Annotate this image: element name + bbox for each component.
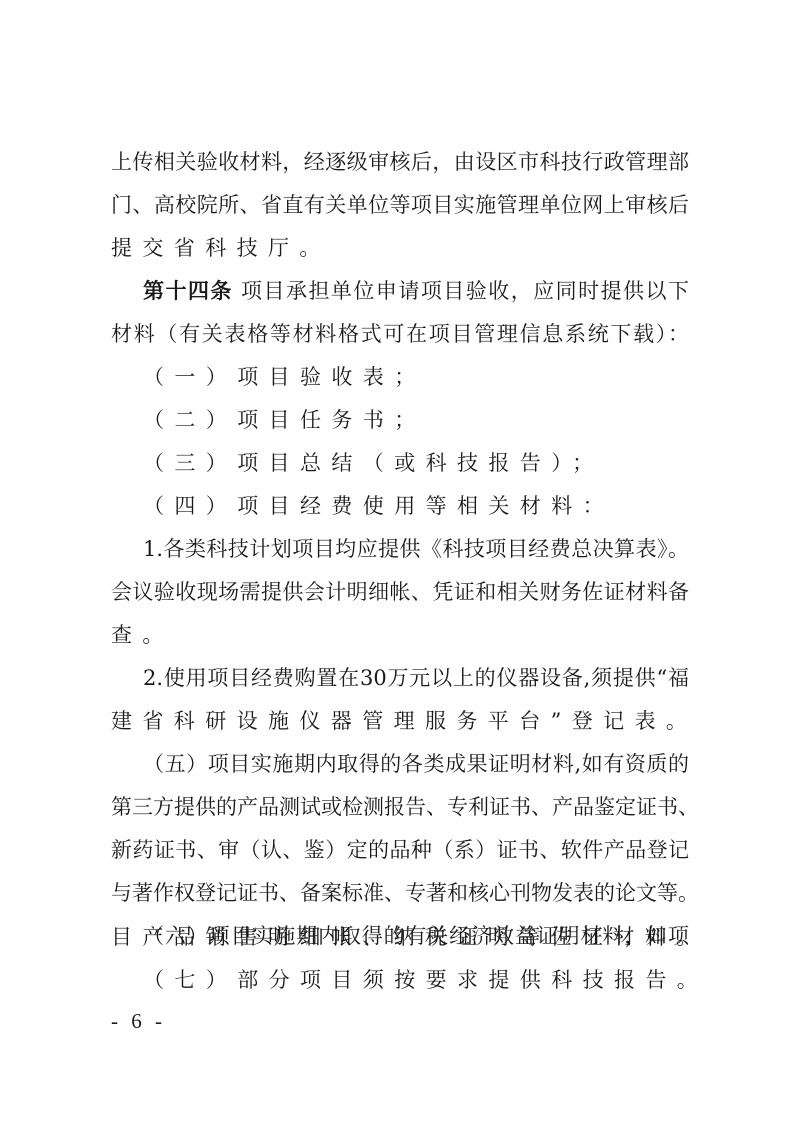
text-line: （三）项目总结（或科技报告）； <box>143 447 689 479</box>
line-text: （三）项目总结（或科技报告）； <box>143 451 604 475</box>
text-line: 门、高校院所、省直有关单位等项目实施管理单位网上审核后 <box>111 189 689 221</box>
line-text: 会议验收现场需提供会计明细帐、凭证和相关财务佐证材料备 <box>111 580 689 604</box>
line-text: 门、高校院所、省直有关单位等项目实施管理单位网上审核后 <box>111 193 689 217</box>
line-text: 与著作权登记证书、备案标准、专著和核心刊物发表的论文等。 <box>111 881 699 905</box>
line-text: （五）项目实施期内取得的各类成果证明材料,如有资质的 <box>143 752 689 776</box>
line-text: 第三方提供的产品测试或检测报告、专利证书、产品鉴定证书、 <box>111 795 699 819</box>
text-line: 建省科研设施仪器管理服务平台”登记表。 <box>111 705 689 737</box>
line-text: 建省科研设施仪器管理服务平台”登记表。 <box>111 709 697 733</box>
line-text: （四）项目经费使用等相关材料： <box>143 494 614 518</box>
line-text: （二）项目任务书； <box>143 408 426 432</box>
line-text: 目产品销售明细帐、纳税证明等佐证材料。 <box>111 925 708 949</box>
text-line: 查。 <box>111 619 689 651</box>
text-line: 材料（有关表格等材料格式可在项目管理信息系统下载）： <box>111 318 689 350</box>
text-line: 上传相关验收材料，经逐级审核后，由设区市科技行政管理部 <box>111 146 689 178</box>
page-number: - 6 - <box>111 1006 166 1036</box>
line-text: 上传相关验收材料，经逐级审核后，由设区市科技行政管理部 <box>111 150 689 174</box>
text-line: （二）项目任务书； <box>143 404 689 436</box>
line-text: （七）部分项目须按要求提供科技报告。 <box>143 968 708 992</box>
text-line: 第三方提供的产品测试或检测报告、专利证书、产品鉴定证书、 <box>111 791 689 823</box>
text-line: 与著作权登记证书、备案标准、专著和核心刊物发表的论文等。 <box>111 877 689 909</box>
text-line: 新药证书、审（认、鉴）定的品种（系）证书、软件产品登记 <box>111 834 689 866</box>
text-line: （七）部分项目须按要求提供科技报告。 <box>143 964 689 996</box>
text-line: （四）项目经费使用等相关材料： <box>143 490 689 522</box>
line-text: 2.使用项目经费购置在30万元以上的仪器设备,须提供“福 <box>143 666 689 690</box>
text-line: （一）项目验收表； <box>143 361 689 393</box>
line-text: 项目承担单位申请项目验收，应同时提供以下 <box>241 279 689 303</box>
text-line: 会议验收现场需提供会计明细帐、凭证和相关财务佐证材料备 <box>111 576 689 608</box>
text-line: 第十四条 项目承担单位申请项目验收，应同时提供以下 <box>143 275 689 307</box>
line-text: 查。 <box>111 623 174 647</box>
text-line: （五）项目实施期内取得的各类成果证明材料,如有资质的 <box>143 748 689 780</box>
line-text: 新药证书、审（认、鉴）定的品种（系）证书、软件产品登记 <box>111 838 689 862</box>
text-line: 1.各类科技计划项目均应提供《科技项目经费总决算表》。 <box>143 533 689 565</box>
line-text: 1.各类科技计划项目均应提供《科技项目经费总决算表》。 <box>143 537 689 561</box>
article-heading: 第十四条 <box>143 278 233 303</box>
text-line: 目产品销售明细帐、纳税证明等佐证材料。 <box>111 921 689 953</box>
text-line: 提交省科技厅。 <box>111 232 689 264</box>
line-text: （一）项目验收表； <box>143 365 426 389</box>
text-line: 2.使用项目经费购置在30万元以上的仪器设备,须提供“福 <box>143 662 689 694</box>
line-text: 提交省科技厅。 <box>111 236 331 260</box>
line-text: 材料（有关表格等材料格式可在项目管理信息系统下载）： <box>111 322 689 346</box>
